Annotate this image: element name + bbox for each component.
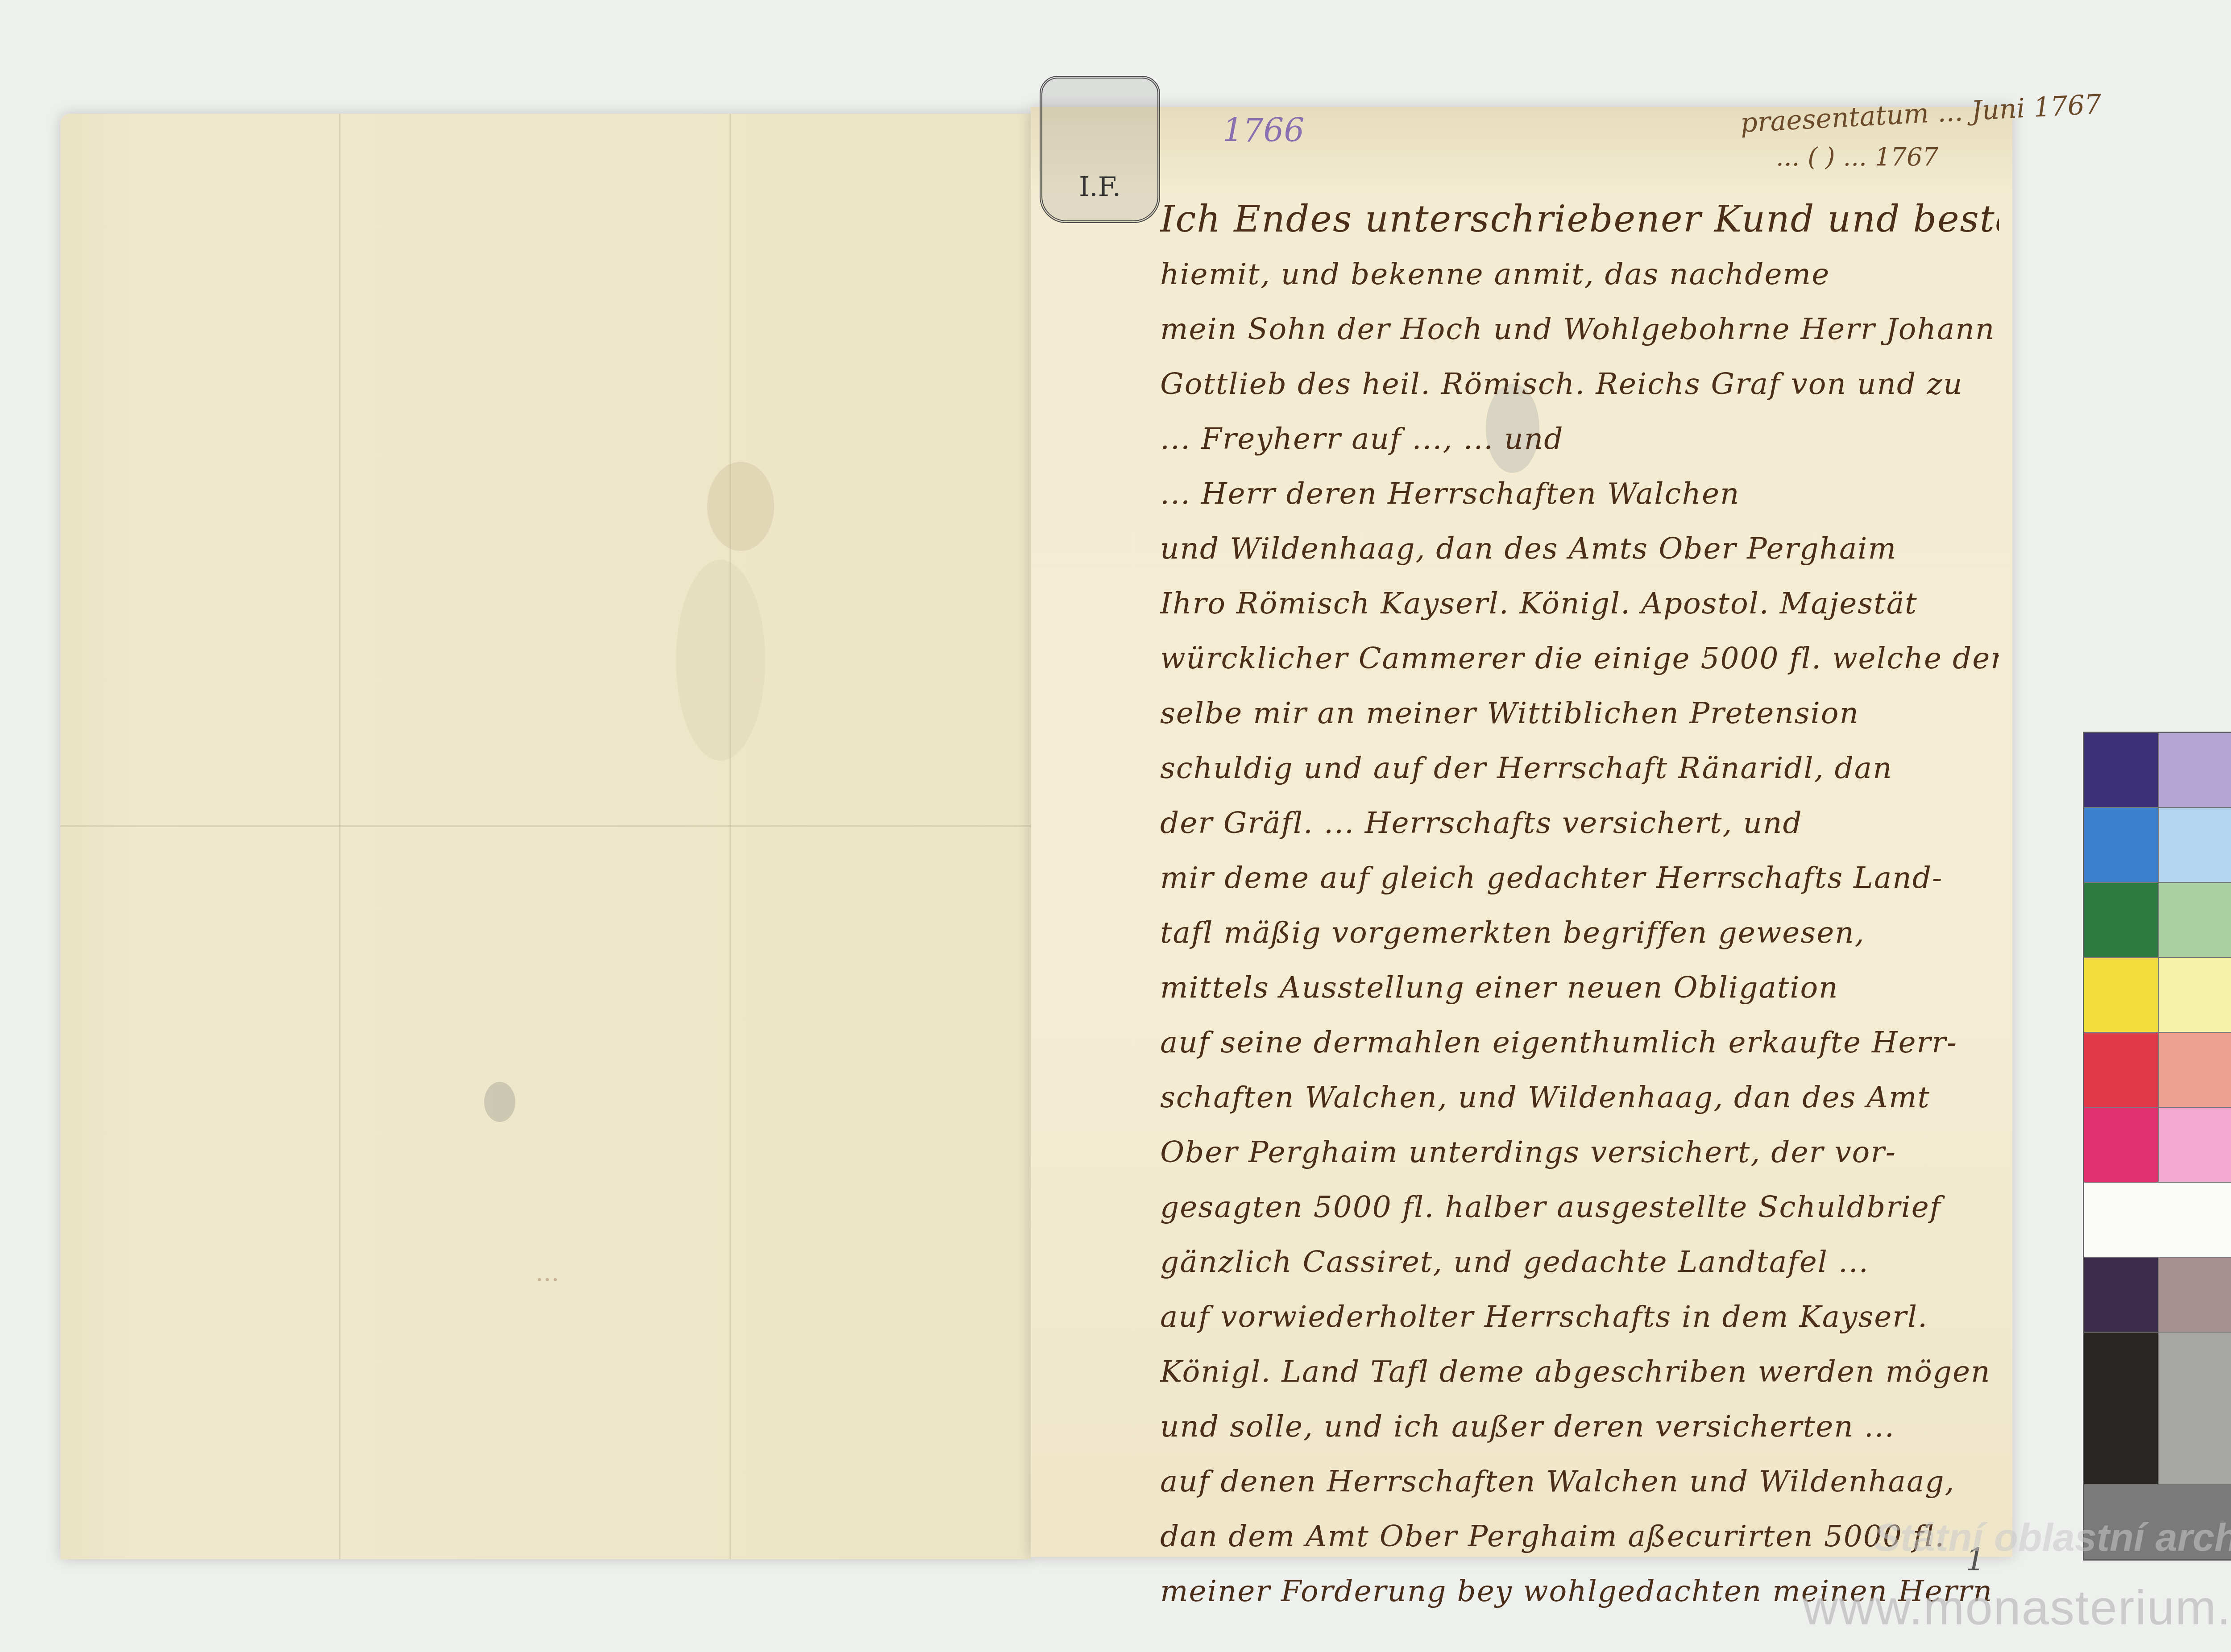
patch-yellow-dark <box>2084 958 2158 1032</box>
text-line: auf vorwiederholter Herrschafts in dem K… <box>1160 1289 1999 1344</box>
text-line: Ihro Römisch Kayserl. Königl. Apostol. M… <box>1160 576 1999 631</box>
document-left-page <box>60 114 1031 1559</box>
text-line: selbe mir an meiner Wittiblichen Pretens… <box>1160 686 1999 741</box>
text-line: und Wildenhaag, dan des Amts Ober Pergha… <box>1160 521 1999 576</box>
text-line: Ich Endes unterschriebener Kund und best… <box>1160 192 1999 247</box>
text-line: gänzlich Cassiret, und gedachte Landtafe… <box>1160 1234 1999 1289</box>
site-watermark: www.monasterium.net <box>1803 1579 2231 1636</box>
text-line: mittels Ausstellung einer neuen Obligati… <box>1160 960 1999 1015</box>
patch-red-light <box>2159 1033 2231 1107</box>
stamp-initials: I.F. <box>1079 171 1121 203</box>
patch-3color-light <box>2159 1258 2231 1332</box>
fold-line-vertical <box>339 114 340 1559</box>
text-line: auf denen Herrschaften Walchen und Wilde… <box>1160 1454 1999 1509</box>
text-line: mein Sohn der Hoch und Wohlgebohrne Herr… <box>1160 302 1999 356</box>
text-line: Königl. Land Tafl deme abgeschriben werd… <box>1160 1344 1999 1399</box>
left-page-mark: ... <box>535 1258 559 1287</box>
text-line: ... Herr deren Herrschaften Walchen <box>1160 466 1999 521</box>
patch-magenta-dark <box>2084 1108 2158 1182</box>
text-line: auf seine dermahlen eigenthumlich erkauf… <box>1160 1015 1999 1070</box>
archive-number: 1766 <box>1223 112 1304 149</box>
stain-spot <box>484 1082 515 1122</box>
text-line: Ober Perghaim unterdings versichert, der… <box>1160 1125 1999 1180</box>
water-stain <box>676 560 765 761</box>
patch-black-light <box>2159 1333 2231 1484</box>
text-line: tafl mäßig vorgemerkten begriffen gewese… <box>1160 905 1999 960</box>
header-note-line-2: ... ( ) ... 1767 <box>1776 143 1938 172</box>
fold-line-vertical <box>730 114 731 1559</box>
text-line: und solle, und ich außer deren versicher… <box>1160 1399 1999 1454</box>
patch-green-light <box>2159 883 2231 957</box>
text-line: schuldig und auf der Herrschaft Ränaridl… <box>1160 741 1999 795</box>
text-line: der Gräfl. ... Herrschafts versichert, u… <box>1160 795 1999 850</box>
text-line: gesagten 5000 fl. halber ausgestellte Sc… <box>1160 1180 1999 1234</box>
text-line: dan dem Amt Ober Perghaim aßecurirten 50… <box>1160 1509 1999 1564</box>
patch-yellow-light <box>2159 958 2231 1032</box>
text-line: Gottlieb des heil. Römisch. Reichs Graf … <box>1160 356 1999 411</box>
patch-blue-dark <box>2084 733 2158 807</box>
patch-blue-light <box>2159 733 2231 807</box>
patch-3color-dark <box>2084 1258 2158 1332</box>
handwritten-text: Ich Endes unterschriebener Kund und best… <box>1160 192 1999 1619</box>
text-line: mir deme auf gleich gedachter Herrschaft… <box>1160 850 1999 905</box>
patch-magenta-light <box>2159 1108 2231 1182</box>
patch-green-dark <box>2084 883 2158 957</box>
water-stain <box>707 462 774 551</box>
patch-white <box>2084 1183 2231 1257</box>
fold-line-horizontal <box>60 825 1031 827</box>
text-line: hiemit, und bekenne anmit, das nachdeme <box>1160 247 1999 302</box>
patch-cyan-dark <box>2084 808 2158 882</box>
text-line: schaften Walchen, und Wildenhaag, dan de… <box>1160 1070 1999 1125</box>
text-line: würcklicher Cammerer die einige 5000 fl.… <box>1160 631 1999 686</box>
patch-black-dark <box>2084 1333 2158 1484</box>
text-line: ... Freyherr auf ..., ... und <box>1160 411 1999 466</box>
kodak-color-control-strip: Kodak Color Control Patches Blue Cyan Gr… <box>2083 732 2231 1561</box>
patch-cyan-light <box>2159 808 2231 882</box>
archive-watermark: Státní oblastní archiv v Praze <box>1874 1515 2231 1560</box>
patch-red-dark <box>2084 1033 2158 1107</box>
official-stamp: I.F. <box>1040 76 1160 223</box>
